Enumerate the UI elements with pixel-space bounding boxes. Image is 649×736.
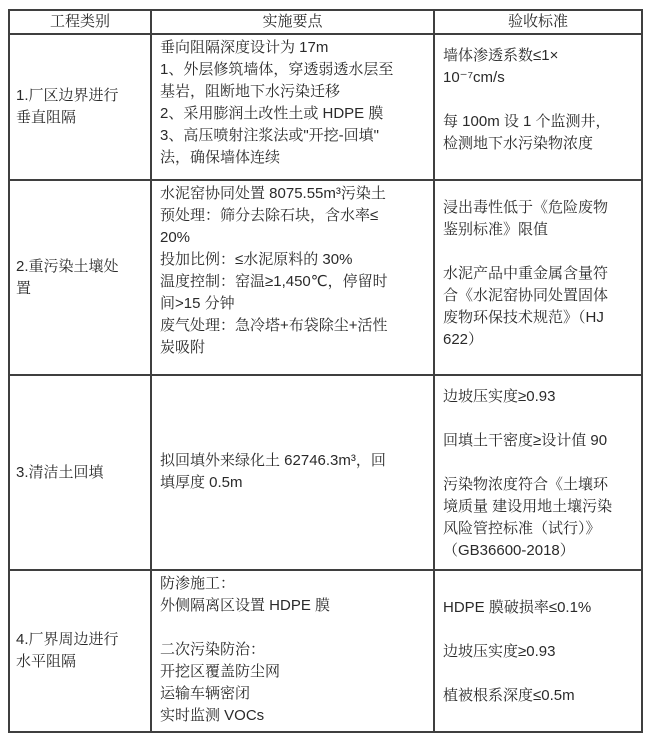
table-row-vertical-barrier: 1.厂区边界进行 垂直阻隔 垂向阻隔深度设计为 17m 1、外层修筑墙体，穿透弱… bbox=[9, 34, 642, 180]
page: 工程类别 实施要点 验收标准 1.厂区边界进行 垂直阻隔 垂向阻隔深度设计为 1… bbox=[0, 0, 649, 736]
row2-implementation-cell: 水泥窑协同处置 8075.55m³污染土 预处理：筛分去除石块，含水率≤ 20%… bbox=[151, 180, 434, 375]
table-row-clean-soil-backfill: 3.清洁土回填 拟回填外来绿化土 62746.3m³，回 填厚度 0.5m 边坡… bbox=[9, 375, 642, 570]
row4-acceptance-cell: HDPE 膜破损率≤0.1% 边坡压实度≥0.93 植被根系深度≤0.5m bbox=[434, 570, 642, 732]
table-row-contaminated-soil: 2.重污染土壤处 置 水泥窑协同处置 8075.55m³污染土 预处理：筛分去除… bbox=[9, 180, 642, 375]
row4-implementation-cell: 防渗施工： 外侧隔离区设置 HDPE 膜 二次污染防治： 开挖区覆盖防尘网 运输… bbox=[151, 570, 434, 732]
row2-acceptance-cell: 浸出毒性低于《危险废物 鉴别标准》限值 水泥产品中重金属含量符 合《水泥窑协同处… bbox=[434, 180, 642, 375]
table-row-horizontal-barrier: 4.厂界周边进行 水平阻隔 防渗施工： 外侧隔离区设置 HDPE 膜 二次污染防… bbox=[9, 570, 642, 732]
header-acceptance: 验收标准 bbox=[434, 10, 642, 34]
row1-category-cell: 1.厂区边界进行 垂直阻隔 bbox=[9, 34, 151, 180]
row1-implementation-cell: 垂向阻隔深度设计为 17m 1、外层修筑墙体，穿透弱透水层至 基岩，阻断地下水污… bbox=[151, 34, 434, 180]
row4-category-cell: 4.厂界周边进行 水平阻隔 bbox=[9, 570, 151, 732]
row2-category-cell: 2.重污染土壤处 置 bbox=[9, 180, 151, 375]
header-row: 工程类别 实施要点 验收标准 bbox=[9, 10, 642, 34]
row3-category-cell: 3.清洁土回填 bbox=[9, 375, 151, 570]
remediation-spec-table: 工程类别 实施要点 验收标准 1.厂区边界进行 垂直阻隔 垂向阻隔深度设计为 1… bbox=[8, 9, 643, 733]
row1-acceptance-cell: 墙体渗透系数≤1× 10⁻⁷cm/s 每 100m 设 1 个监测井， 检测地下… bbox=[434, 34, 642, 180]
row3-acceptance-cell: 边坡压实度≥0.93 回填土干密度≥设计值 90 污染物浓度符合《土壤环 境质量… bbox=[434, 375, 642, 570]
header-category: 工程类别 bbox=[9, 10, 151, 34]
row3-implementation-cell: 拟回填外来绿化土 62746.3m³，回 填厚度 0.5m bbox=[151, 375, 434, 570]
header-implementation: 实施要点 bbox=[151, 10, 434, 34]
